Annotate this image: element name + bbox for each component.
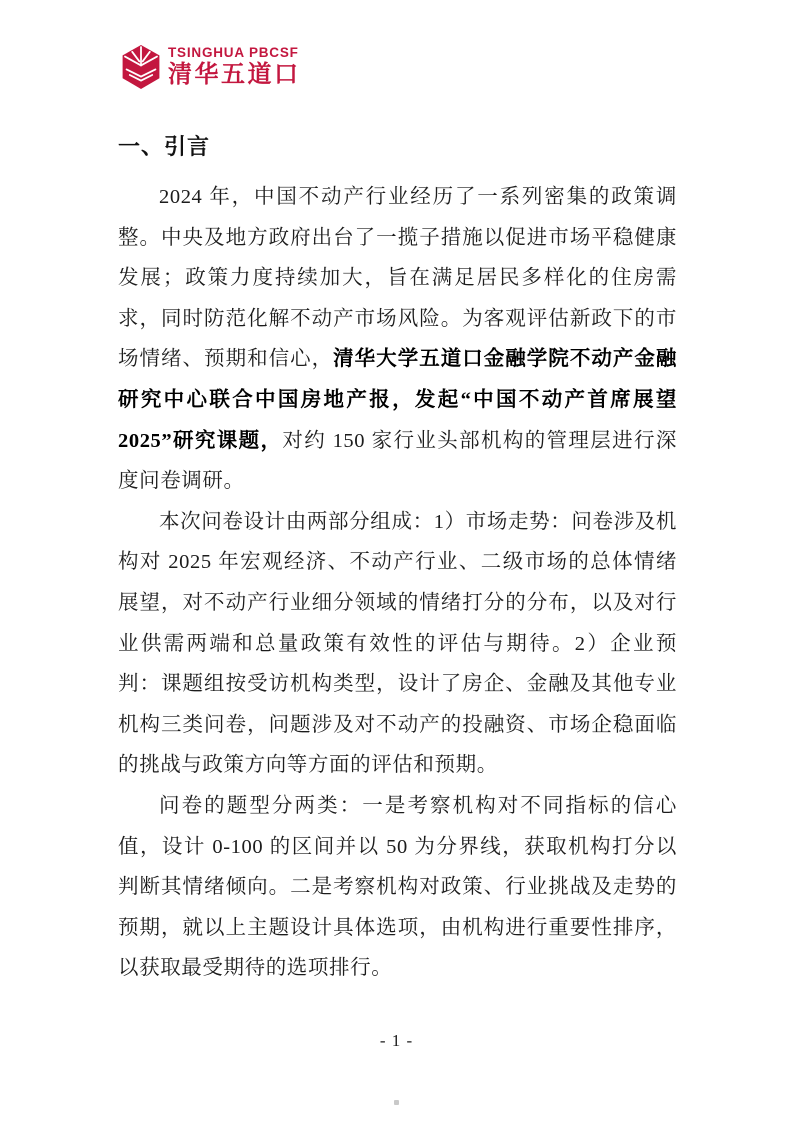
logo-text-english: TSINGHUA PBCSF [168,45,301,61]
document-body: 一、引言 2024 年，中国不动产行业经历了一系列密集的政策调整。中央及地方政府… [118,131,677,989]
paragraph-question-types: 问卷的题型分两类：一是考察机构对不同指标的信心值，设计 0-100 的区间并以 … [118,786,677,989]
hexagon-cube-logo-icon [121,44,161,90]
document-page: TSINGHUA PBCSF 清华五道口 一、引言 2024 年，中国不动产行业… [0,0,793,1122]
scan-artifact-dot [394,1100,399,1105]
paragraph1-regular-lead: 2024 年，中国不动产行业经历了一系列密集的政策调整。中央及地方政府出台了一揽… [118,186,677,370]
tsinghua-pbcsf-logo: TSINGHUA PBCSF 清华五道口 [121,44,301,90]
section-heading: 一、引言 [118,131,677,163]
paragraph-survey-design: 本次问卷设计由两部分组成：1）市场走势：问卷涉及机构对 2025 年宏观经济、不… [118,502,677,786]
logo-text-chinese: 清华五道口 [168,61,301,89]
logo-text: TSINGHUA PBCSF 清华五道口 [168,45,301,89]
paragraph-introduction: 2024 年，中国不动产行业经历了一系列密集的政策调整。中央及地方政府出台了一揽… [118,177,677,502]
page-number: - 1 - [0,1031,793,1051]
